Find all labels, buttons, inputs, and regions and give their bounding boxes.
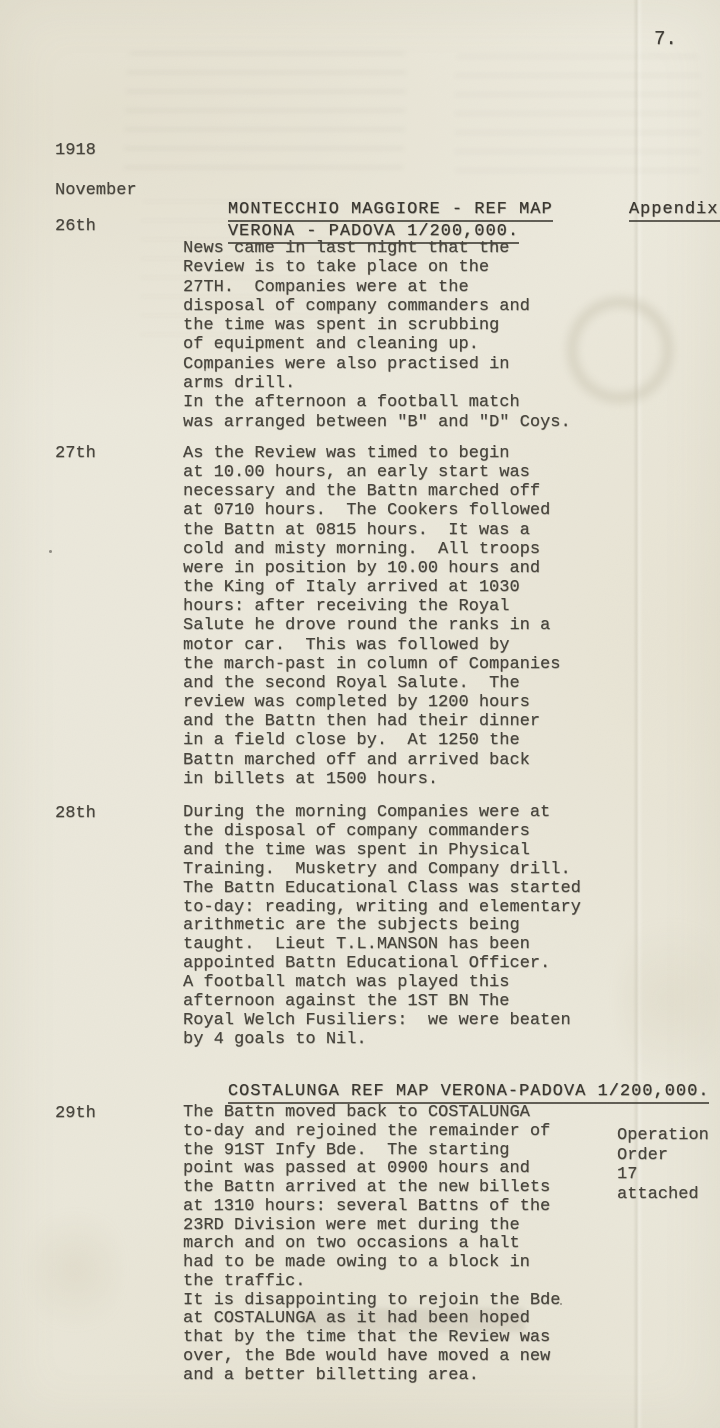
year-label: 1918: [55, 141, 96, 160]
text-line: and the second Royal Salute. The: [183, 674, 560, 693]
embossed-watermark: [555, 285, 685, 415]
text-line: the King of Italy arrived at 1030: [183, 578, 560, 597]
text-line: Operation: [617, 1126, 709, 1146]
text-line: and a better billetting area.: [183, 1367, 560, 1386]
text-line: necessary and the Battn marched off: [183, 482, 560, 501]
text-line: Training. Musketry and Company drill.: [183, 861, 581, 880]
text-line: the march-past in column of Companies: [183, 655, 560, 674]
entry-paragraph-28th: During the morning Companies were atthe …: [183, 804, 581, 1050]
text-line: 23RD Division were met during the: [183, 1217, 560, 1236]
entry-paragraph-27th: As the Review was timed to beginat 10.00…: [183, 444, 560, 789]
paper-stain: [30, 1200, 120, 1340]
text-line: in billets at 1500 hours.: [183, 770, 560, 789]
text-line: the time was spent in scrubbing: [183, 316, 571, 335]
text-line: review was completed by 1200 hours: [183, 693, 560, 712]
text-line: Order: [617, 1146, 709, 1166]
text-line: Royal Welch Fusiliers: we were beaten: [183, 1012, 581, 1031]
text-line: arithmetic are the subjects being: [183, 917, 581, 936]
text-line: appointed Battn Educational Officer.: [183, 955, 581, 974]
entry-date-27th: 27th: [55, 444, 96, 463]
text-line: News came in last night that the: [183, 239, 571, 258]
text-line: the Battn at 0815 hours. It was a: [183, 521, 560, 540]
entry-paragraph-26th: News came in last night that theReview i…: [183, 239, 571, 432]
entry-date-26th: 26th: [55, 217, 96, 236]
entry-paragraph-29th: The Battn moved back to COSTALUNGAto-day…: [183, 1104, 560, 1385]
text-line: of equipment and cleaning up.: [183, 335, 571, 354]
text-line: to-day: reading, writing and elementary: [183, 899, 581, 918]
text-line: 17: [617, 1165, 709, 1185]
text-line: The Battn moved back to COSTALUNGA: [183, 1104, 560, 1123]
text-line: the traffic.: [183, 1273, 560, 1292]
entry-date-29th: 29th: [55, 1104, 96, 1123]
text-line: 27TH. Companies were at the: [183, 278, 571, 297]
text-line: the 91ST Infy Bde. The starting: [183, 1142, 560, 1161]
diary-page: 7. 1918 November MONTECCHIO MAGGIORE - R…: [0, 0, 720, 1428]
text-line: the Battn arrived at the new billets: [183, 1179, 560, 1198]
text-line: at 10.00 hours, an early start was: [183, 463, 560, 482]
text-line: point was passed at 0900 hours and: [183, 1160, 560, 1179]
text-line: Battn marched off and arrived back: [183, 751, 560, 770]
text-line: afternoon against the 1ST BN The: [183, 993, 581, 1012]
text-line: march and on two occasions a halt: [183, 1235, 560, 1254]
text-line: was arranged between "B" and "D" Coys.: [183, 413, 571, 432]
text-line: and the Battn then had their dinner: [183, 712, 560, 731]
text-line: Review is to take place on the: [183, 258, 571, 277]
text-line: the disposal of company commanders: [183, 823, 581, 842]
text-line: that by the time that the Review was: [183, 1329, 560, 1348]
text-line: by 4 goals to Nil.: [183, 1031, 581, 1050]
appendix-note-text: Appendix.: [629, 200, 720, 222]
text-line: attached: [617, 1185, 709, 1205]
text-line: had to be made owing to a block in: [183, 1254, 560, 1273]
text-line: at COSTALUNGA as it had been hoped: [183, 1310, 560, 1329]
text-line: As the Review was timed to begin: [183, 444, 560, 463]
inserted-apostrophe-mark: ': [201, 366, 209, 379]
ink-speck: [49, 550, 52, 553]
text-line: taught. Lieut T.L.MANSON has been: [183, 936, 581, 955]
text-line: disposal of company commanders and: [183, 297, 571, 316]
text-line: Companies were also practised in: [183, 355, 571, 374]
text-line: motor car. This was followed by: [183, 636, 560, 655]
bleedthrough-ghost-text: [455, 55, 700, 175]
section2-heading-text: COSTALUNGA REF MAP VERONA-PADOVA 1/200,0…: [228, 1082, 710, 1104]
text-line: cold and misty morning. All troops: [183, 540, 560, 559]
text-line: and the time was spent in Physical: [183, 842, 581, 861]
text-line: to-day and rejoined the remainder of: [183, 1123, 560, 1142]
margin-note-operation-order: OperationOrder17attached: [617, 1126, 709, 1204]
appendix-note: Appendix.: [584, 181, 720, 239]
bleedthrough-ghost-text: [123, 52, 408, 182]
entry-date-28th: 28th: [55, 804, 96, 823]
text-line: arms drill.: [183, 374, 571, 393]
page-number: 7.: [654, 30, 677, 49]
text-line: In the afternoon a football match: [183, 393, 571, 412]
text-line: in a field close by. At 1250 the: [183, 731, 560, 750]
text-line: were in position by 10.00 hours and: [183, 559, 560, 578]
month-label: November: [55, 181, 137, 200]
text-line: It is disappointing to rejoin the Bde: [183, 1292, 560, 1311]
text-line: The Battn Educational Class was started: [183, 880, 581, 899]
text-line: over, the Bde would have moved a new: [183, 1348, 560, 1367]
text-line: During the morning Companies were at: [183, 804, 581, 823]
text-line: hours: after receiving the Royal: [183, 597, 560, 616]
text-line: at 1310 hours: several Battns of the: [183, 1198, 560, 1217]
text-line: A football match was played this: [183, 974, 581, 993]
text-line: Salute he drove round the ranks in a: [183, 616, 560, 635]
text-line: at 0710 hours. The Cookers followed: [183, 501, 560, 520]
